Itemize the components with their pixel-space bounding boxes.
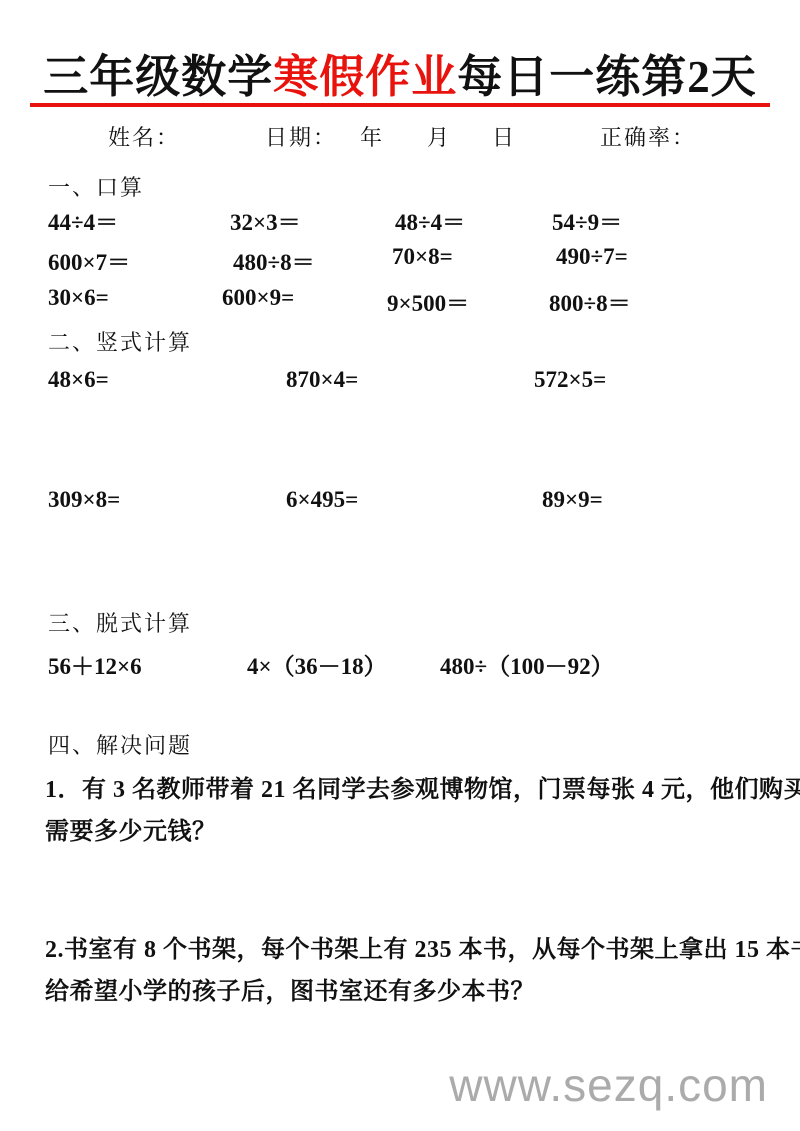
section-oral-heading: 一、口算	[48, 171, 144, 202]
page-title: 三年级数学寒假作业每日一练第2天	[0, 40, 800, 105]
day-label: 日	[492, 121, 516, 152]
oral-problem-6: 480÷8＝	[233, 244, 315, 277]
vertical-problem-4: 309×8=	[48, 487, 120, 513]
oral-problem-8: 490÷7=	[556, 244, 628, 270]
title-daily-practice-day: 每日一练第2天	[457, 52, 757, 102]
title-divider-line	[30, 103, 770, 107]
vertical-problem-1: 48×6=	[48, 367, 109, 393]
oral-problem-2: 32×3＝	[230, 204, 301, 237]
vertical-problem-5: 6×495=	[286, 487, 358, 513]
word-problem-1-line-2: 需要多少元钱？	[45, 811, 217, 846]
word-problem-2-line-2: 给希望小学的孩子后，图书室还有多少本书？	[45, 971, 535, 1006]
month-label: 月	[427, 121, 451, 152]
vertical-problem-6: 89×9=	[542, 487, 603, 513]
oral-problem-10: 600×9=	[222, 285, 294, 311]
vertical-problem-2: 870×4=	[286, 367, 358, 393]
oral-problem-9: 30×6=	[48, 285, 109, 311]
worksheet-page: 三年级数学寒假作业每日一练第2天 姓名： 日期： 年 月 日 正确率： 一、口算…	[0, 0, 800, 1131]
oral-problem-3: 48÷4＝	[395, 204, 465, 237]
vertical-problem-3: 572×5=	[534, 367, 606, 393]
stepwise-problem-2: 4×（36－18）	[247, 648, 387, 681]
oral-problem-11: 9×500＝	[387, 285, 469, 318]
word-problem-2-line-1: 2.书室有 8 个书架，每个书架上有 235 本书，从每个书架上拿出 15 本书…	[45, 929, 800, 964]
accuracy-label: 正确率：	[600, 121, 696, 152]
section-stepwise-heading: 三、脱式计算	[48, 607, 192, 638]
title-grade-subject: 三年级数学	[43, 52, 273, 102]
name-label: 姓名：	[108, 121, 180, 152]
date-label: 日期：	[265, 121, 337, 152]
section-word-problems-heading: 四、解决问题	[48, 729, 192, 760]
year-label: 年	[360, 121, 384, 152]
oral-problem-4: 54÷9＝	[552, 204, 622, 237]
section-vertical-heading: 二、竖式计算	[48, 326, 192, 357]
oral-problem-5: 600×7＝	[48, 244, 130, 277]
oral-problem-1: 44÷4＝	[48, 204, 118, 237]
title-holiday-homework: 寒假作业	[273, 52, 457, 102]
watermark-url: www.sezq.com	[449, 1058, 768, 1112]
oral-problem-12: 800÷8＝	[549, 285, 631, 318]
oral-problem-7: 70×8=	[392, 244, 453, 270]
stepwise-problem-1: 56＋12×6	[48, 648, 142, 681]
stepwise-problem-3: 480÷（100－92）	[440, 648, 614, 681]
word-problem-1-line-1: 1．有 3 名教师带着 21 名同学去参观博物馆，门票每张 4 元，他们购买门票	[45, 769, 800, 804]
